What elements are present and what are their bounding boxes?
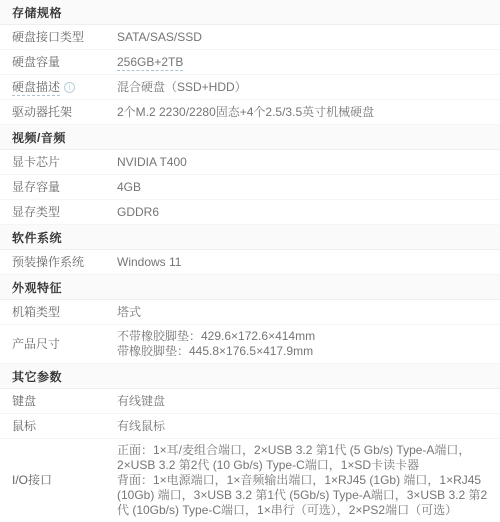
label-text: 产品尺寸 — [12, 337, 60, 351]
spec-table: 存储规格 硬盘接口类型 SATA/SAS/SSD 硬盘容量 256GB+2TB … — [0, 0, 500, 522]
table-row: 驱动器托架 2个M.2 2230/2280固态+4个2.5/3.5英寸机械硬盘 — [0, 100, 500, 125]
table-row: 显存类型 GDDR6 — [0, 200, 500, 225]
table-row: 鼠标 有线鼠标 — [0, 414, 500, 439]
value-text: 混合硬盘（SSD+HDD） — [117, 80, 247, 94]
value-text: 4GB — [117, 180, 141, 194]
row-label: 机箱类型 — [0, 305, 117, 320]
section-header-software: 软件系统 — [0, 225, 500, 250]
label-text: 机箱类型 — [12, 305, 60, 319]
value-text: 有线鼠标 — [117, 419, 165, 433]
row-value: 混合硬盘（SSD+HDD） — [117, 76, 500, 99]
row-label: 鼠标 — [0, 419, 117, 434]
row-value: 有线鼠标 — [117, 415, 500, 438]
row-value: SATA/SAS/SSD — [117, 26, 500, 49]
row-value: 不带橡胶脚垫：429.6×172.6×414mm 带橡胶脚垫：445.8×176… — [117, 325, 500, 363]
row-label: 显存类型 — [0, 205, 117, 220]
value-text-line: 带橡胶脚垫：445.8×176.5×417.9mm — [117, 344, 494, 359]
info-icon[interactable]: i — [64, 82, 75, 93]
table-row: 硬盘描述i 混合硬盘（SSD+HDD） — [0, 75, 500, 100]
label-text: 显存容量 — [12, 180, 60, 194]
section-title: 其它参数 — [12, 368, 62, 385]
row-label: 驱动器托架 — [0, 105, 117, 120]
section-title: 外观特征 — [12, 279, 62, 296]
section-header-storage: 存储规格 — [0, 0, 500, 25]
value-text: NVIDIA T400 — [117, 155, 187, 169]
row-value: 4GB — [117, 176, 500, 199]
label-text: 预装操作系统 — [12, 255, 84, 269]
row-label: 键盘 — [0, 394, 117, 409]
table-row: 硬盘容量 256GB+2TB — [0, 50, 500, 75]
table-row: 产品尺寸 不带橡胶脚垫：429.6×172.6×414mm 带橡胶脚垫：445.… — [0, 325, 500, 364]
label-text: 鼠标 — [12, 419, 36, 433]
section-header-other: 其它参数 — [0, 364, 500, 389]
value-link[interactable]: 256GB+2TB — [117, 55, 183, 71]
label-text: 显卡芯片 — [12, 155, 60, 169]
row-value: GDDR6 — [117, 201, 500, 224]
row-label: 产品尺寸 — [0, 337, 117, 352]
label-text: I/O接口 — [12, 473, 52, 487]
value-text: 有线键盘 — [117, 394, 165, 408]
row-label: 硬盘描述i — [0, 80, 117, 95]
section-title: 视频/音频 — [12, 129, 66, 146]
section-header-appearance: 外观特征 — [0, 275, 500, 300]
table-row: 显存容量 4GB — [0, 175, 500, 200]
label-text: 键盘 — [12, 394, 36, 408]
section-header-video-audio: 视频/音频 — [0, 125, 500, 150]
table-row: 显卡芯片 NVIDIA T400 — [0, 150, 500, 175]
label-text: 显存类型 — [12, 205, 60, 219]
table-row: 机箱类型 塔式 — [0, 300, 500, 325]
row-value: NVIDIA T400 — [117, 151, 500, 174]
label-link[interactable]: 硬盘描述 — [12, 80, 60, 96]
section-title: 存储规格 — [12, 4, 62, 21]
value-text-line: 背面：1×电源端口，1×音频输出端口，1×RJ45 (1Gb) 端口，1×RJ4… — [117, 473, 494, 518]
row-value: 塔式 — [117, 301, 500, 324]
label-text: 硬盘容量 — [12, 55, 60, 69]
value-text: SATA/SAS/SSD — [117, 30, 202, 44]
value-text: 塔式 — [117, 305, 141, 319]
value-text-line: 正面：1×耳/麦组合端口，2×USB 3.2 第1代 (5 Gb/s) Type… — [117, 443, 494, 473]
value-text: GDDR6 — [117, 205, 159, 219]
row-value: 有线键盘 — [117, 390, 500, 413]
label-text: 硬盘接口类型 — [12, 30, 84, 44]
table-row: 预装操作系统 Windows 11 — [0, 250, 500, 275]
value-text: Windows 11 — [117, 255, 181, 269]
row-label: 显存容量 — [0, 180, 117, 195]
row-label: 显卡芯片 — [0, 155, 117, 170]
row-label: 硬盘接口类型 — [0, 30, 117, 45]
table-row: 键盘 有线键盘 — [0, 389, 500, 414]
label-text: 驱动器托架 — [12, 105, 72, 119]
row-label: 硬盘容量 — [0, 55, 117, 70]
row-label: 预装操作系统 — [0, 255, 117, 270]
row-value: Windows 11 — [117, 251, 500, 274]
row-label: I/O接口 — [0, 473, 117, 488]
value-text-line: 不带橡胶脚垫：429.6×172.6×414mm — [117, 329, 494, 344]
table-row: 硬盘接口类型 SATA/SAS/SSD — [0, 25, 500, 50]
value-text: 2个M.2 2230/2280固态+4个2.5/3.5英寸机械硬盘 — [117, 105, 374, 119]
row-value: 256GB+2TB — [117, 51, 500, 74]
section-title: 软件系统 — [12, 229, 62, 246]
row-value: 2个M.2 2230/2280固态+4个2.5/3.5英寸机械硬盘 — [117, 101, 500, 124]
